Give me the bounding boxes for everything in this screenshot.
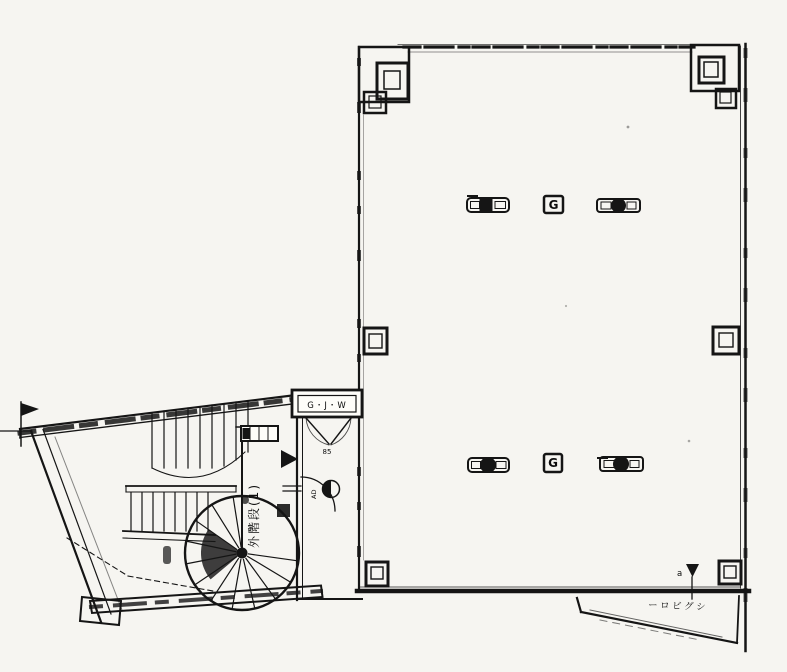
balcony-label: ーロビグシ bbox=[648, 600, 708, 613]
scanned-floor-plan-page: G G bbox=[0, 0, 787, 672]
floor-plan-drawing: G G bbox=[0, 0, 787, 672]
switch-box-row2-label: G bbox=[548, 456, 558, 470]
stair-left-edge bbox=[31, 430, 122, 623]
vent-triangle-icon bbox=[686, 564, 699, 577]
stair-fixture-box-icon bbox=[241, 426, 278, 441]
column-bottom-left bbox=[366, 562, 388, 586]
scan-speck bbox=[688, 440, 691, 443]
switch-box-row1-icon: G bbox=[544, 196, 563, 213]
vent-letter: a bbox=[677, 569, 682, 579]
scan-blob bbox=[163, 546, 171, 564]
light-fixture-row1-left-icon bbox=[467, 196, 509, 212]
top-wall bbox=[398, 45, 702, 53]
room-label: G・J・W bbox=[307, 401, 347, 411]
stairwell-name-label: 外階段(1) bbox=[246, 483, 261, 548]
vestibule: G・J・W 85 AD bbox=[277, 390, 362, 599]
column-bottom-right bbox=[719, 561, 741, 584]
column-mid-right bbox=[713, 327, 739, 354]
stair-block: 50 外階段(1) bbox=[0, 395, 323, 625]
bottom-wall bbox=[357, 587, 749, 591]
light-fixture-row2-left-icon bbox=[468, 457, 509, 473]
switch-box-row2-icon: G bbox=[544, 454, 562, 472]
double-door-swing: 85 bbox=[306, 418, 351, 456]
left-wall bbox=[359, 47, 364, 591]
main-hall: G G bbox=[357, 44, 749, 651]
balcony: ーロビグシ a bbox=[577, 564, 739, 643]
vent-marker: a bbox=[677, 564, 699, 599]
light-fixture-row2-right-icon bbox=[598, 456, 643, 472]
room-label-box: G・J・W bbox=[292, 390, 362, 417]
straight-stair-lower-flight bbox=[123, 493, 215, 542]
stair-landing-lines bbox=[126, 486, 236, 492]
corner-column-top-left bbox=[359, 47, 409, 113]
corner-column-top-right bbox=[691, 45, 739, 108]
entrance-arrow-icon bbox=[281, 450, 298, 468]
switch-box-row1-label: G bbox=[549, 198, 559, 212]
light-fixture-row1-right-icon bbox=[597, 198, 640, 213]
door-note: 85 bbox=[323, 448, 332, 456]
scan-speck bbox=[565, 305, 567, 307]
duct-symbol-icon: AD bbox=[310, 481, 340, 500]
duct-label: AD bbox=[310, 490, 318, 499]
column-mid-left bbox=[364, 328, 387, 354]
scan-speck bbox=[627, 126, 630, 129]
stair-dashed-path bbox=[67, 538, 213, 591]
